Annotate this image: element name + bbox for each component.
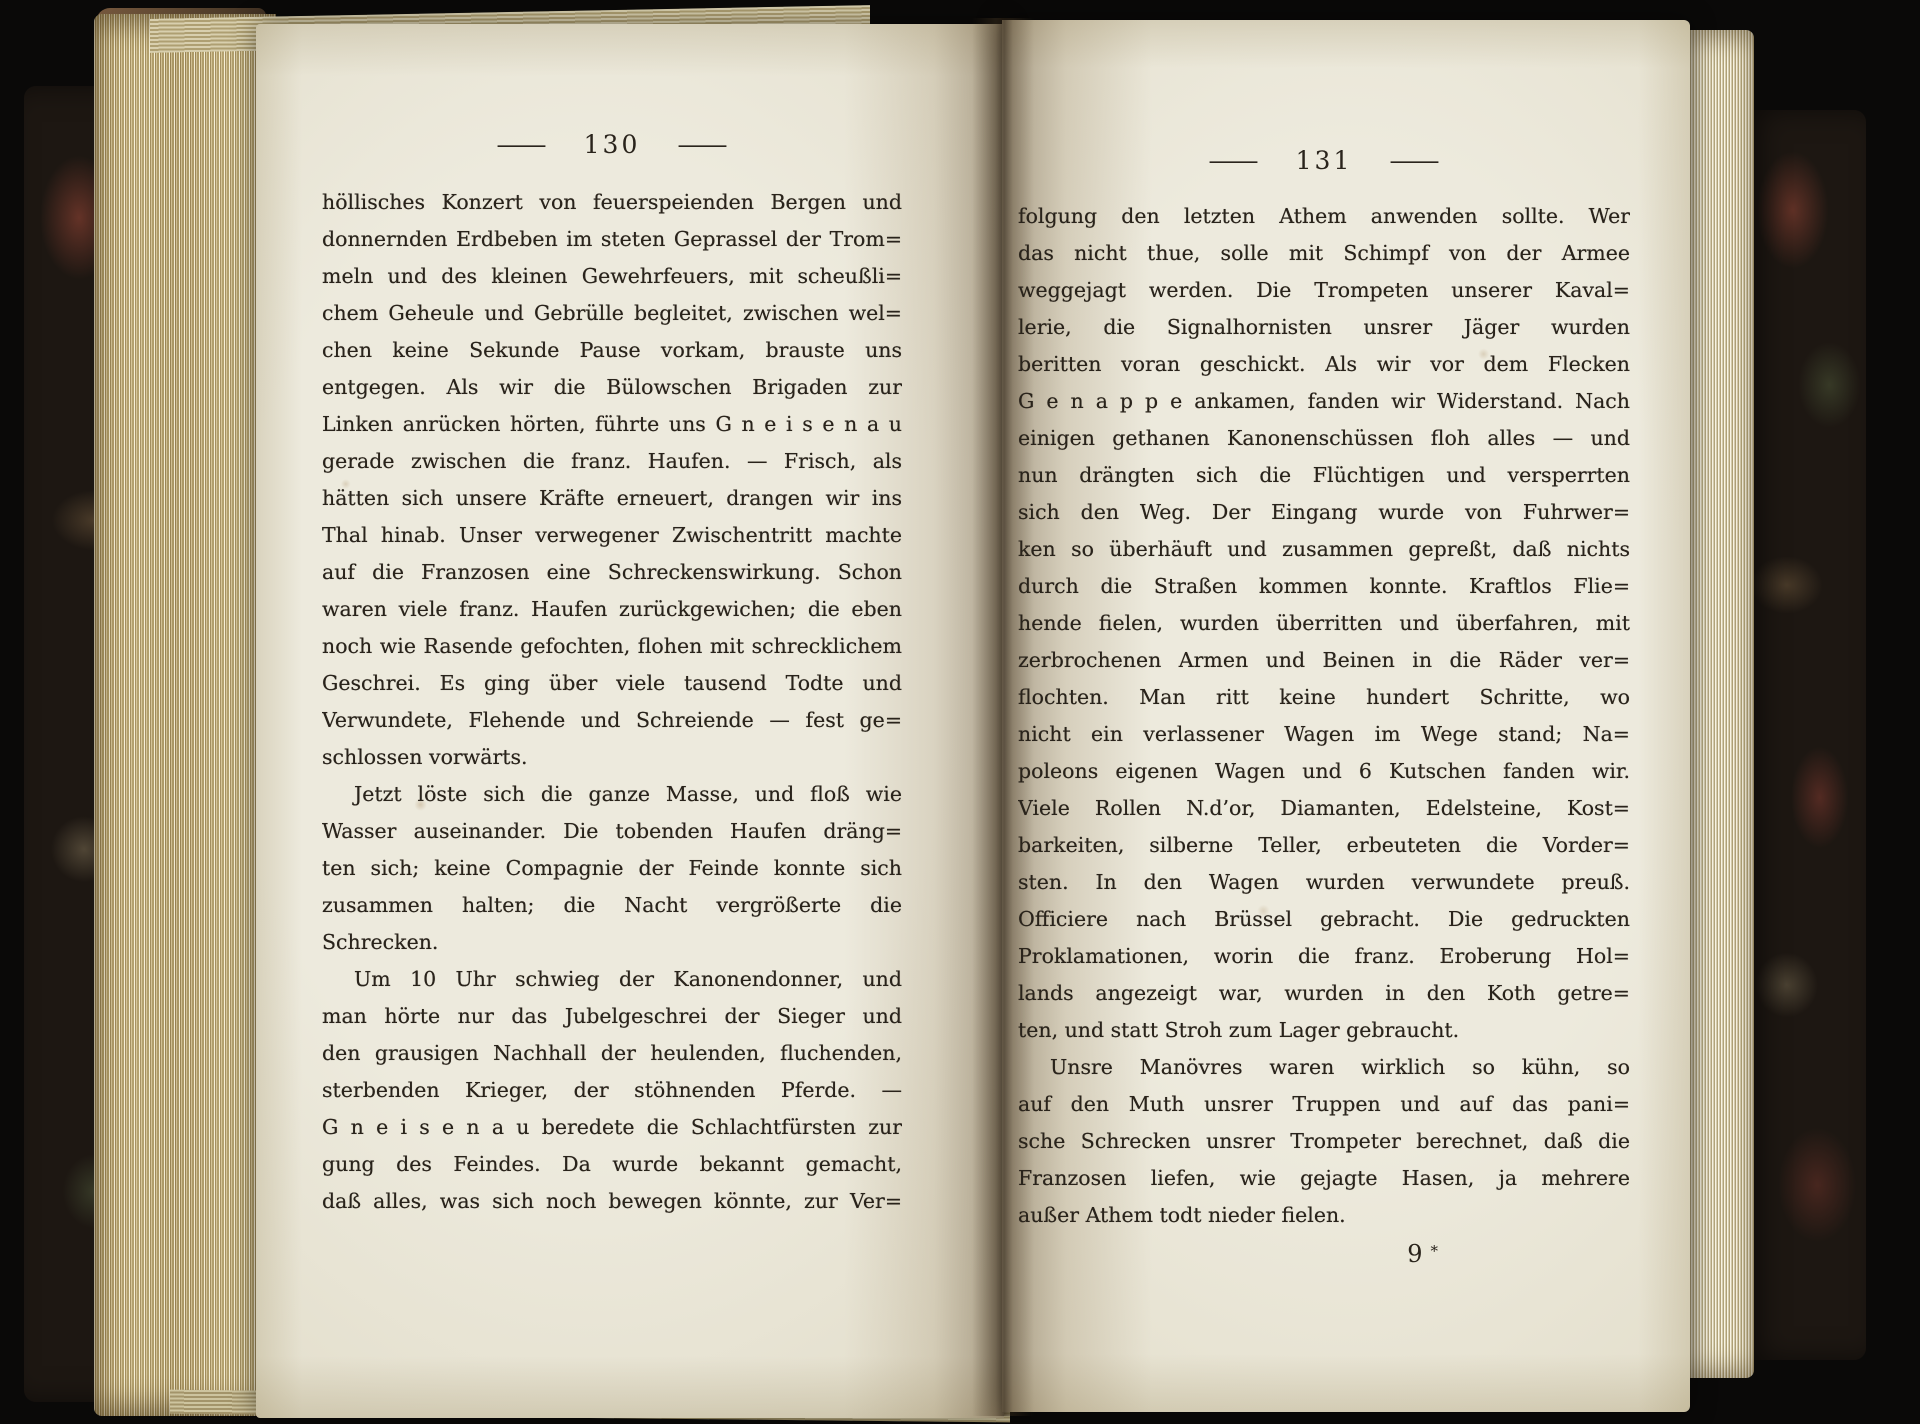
text-line: daß alles, was sich noch bewegen könnte,… <box>322 1183 902 1220</box>
header-dash: — <box>1207 146 1260 175</box>
text-line: Proklamationen, worin die franz. Eroberu… <box>1018 938 1630 975</box>
text-line: Verwundete, Flehende und Schreiende — fe… <box>322 702 902 739</box>
text-line: G e n a p p e ankamen, fanden wir Widers… <box>1018 383 1630 420</box>
text-line: man hörte nur das Jubelgeschrei der Sieg… <box>322 998 902 1035</box>
open-book-photo: — 130 — höllisches Konzert von feuerspei… <box>0 0 1920 1424</box>
left-page-header: — 130 — <box>322 130 902 159</box>
text-line: noch wie Rasende gefochten, flohen mit s… <box>322 628 902 665</box>
text-line: Wasser auseinander. Die tobenden Haufen … <box>322 813 902 850</box>
header-dash: — <box>1389 146 1442 175</box>
text-line: Unsre Manövres waren wirklich so kühn, s… <box>1018 1049 1630 1086</box>
signature-mark: 9* <box>1018 1240 1630 1268</box>
text-line: Officiere nach Brüssel gebracht. Die ged… <box>1018 901 1630 938</box>
text-line: hende fielen, wurden überritten und über… <box>1018 605 1630 642</box>
text-line: nicht ein verlassener Wagen im Wege stan… <box>1018 716 1630 753</box>
text-line: zusammen halten; die Nacht vergrößerte d… <box>322 887 902 924</box>
text-line: schlossen vorwärts. <box>322 739 902 776</box>
text-line: gung des Feindes. Da wurde bekannt gemac… <box>322 1146 902 1183</box>
text-line: folgung den letzten Athem anwenden sollt… <box>1018 198 1630 235</box>
text-line: Um 10 Uhr schwieg der Kanonendonner, und <box>322 961 902 998</box>
left-page-text-block: höllisches Konzert von feuerspeienden Be… <box>322 184 902 1220</box>
text-line: Viele Rollen N.d’or, Diamanten, Edelstei… <box>1018 790 1630 827</box>
text-line: nun drängten sich die Flüchtigen und ver… <box>1018 457 1630 494</box>
text-line: ten sich; keine Compagnie der Feinde kon… <box>322 850 902 887</box>
text-line: Schrecken. <box>322 924 902 961</box>
text-line: meln und des kleinen Gewehrfeuers, mit s… <box>322 258 902 295</box>
right-fore-edge-page-stack <box>1688 30 1754 1378</box>
text-line: barkeiten, silberne Teller, erbeuteten d… <box>1018 827 1630 864</box>
text-line: Geschrei. Es ging über viele tausend Tod… <box>322 665 902 702</box>
right-page-header: — 131 — <box>1018 146 1630 175</box>
text-line: höllisches Konzert von feuerspeienden Be… <box>322 184 902 221</box>
text-line: chem Geheule und Gebrülle begleitet, zwi… <box>322 295 902 332</box>
text-line: ten, und statt Stroh zum Lager gebraucht… <box>1018 1012 1630 1049</box>
text-line: beritten voran geschickt. Als wir vor de… <box>1018 346 1630 383</box>
header-dash: — <box>677 130 730 159</box>
text-line: sterbenden Krieger, der stöhnenden Pferd… <box>322 1072 902 1109</box>
text-line: Jetzt löste sich die ganze Masse, und fl… <box>322 776 902 813</box>
text-line: Linken anrücken hörten, führte uns G n e… <box>322 406 902 443</box>
text-line: Franzosen liefen, wie gejagte Hasen, ja … <box>1018 1160 1630 1197</box>
text-line: hätten sich unsere Kräfte erneuert, dran… <box>322 480 902 517</box>
text-line: auf den Muth unsrer Truppen und auf das … <box>1018 1086 1630 1123</box>
text-line: sche Schrecken unsrer Trompeter berechne… <box>1018 1123 1630 1160</box>
left-page-number: 130 <box>584 130 641 159</box>
text-line: lerie, die Signalhornisten unsrer Jäger … <box>1018 309 1630 346</box>
left-fore-edge-page-stack <box>94 14 276 1416</box>
signature-star: * <box>1431 1242 1439 1260</box>
text-line: das nicht thue, solle mit Schimpf von de… <box>1018 235 1630 272</box>
right-page-text-block: folgung den letzten Athem anwenden sollt… <box>1018 198 1630 1234</box>
text-line: chen keine Sekunde Pause vorkam, brauste… <box>322 332 902 369</box>
text-line: G n e i s e n a u beredete die Schlachtf… <box>322 1109 902 1146</box>
signature-number: 9 <box>1407 1240 1422 1268</box>
text-line: donnernden Erdbeben im steten Geprassel … <box>322 221 902 258</box>
text-line: entgegen. Als wir die Bülowschen Brigade… <box>322 369 902 406</box>
text-line: außer Athem todt nieder fielen. <box>1018 1197 1630 1234</box>
text-line: sich den Weg. Der Eingang wurde von Fuhr… <box>1018 494 1630 531</box>
text-line: sten. In den Wagen wurden verwundete pre… <box>1018 864 1630 901</box>
text-line: durch die Straßen kommen konnte. Kraftlo… <box>1018 568 1630 605</box>
text-line: ken so überhäuft und zusammen gepreßt, d… <box>1018 531 1630 568</box>
text-line: auf die Franzosen eine Schreckenswirkung… <box>322 554 902 591</box>
text-line: weggejagt werden. Die Trompeten unserer … <box>1018 272 1630 309</box>
text-line: Thal hinab. Unser verwegener Zwischentri… <box>322 517 902 554</box>
text-line: einigen gethanen Kanonenschüssen floh al… <box>1018 420 1630 457</box>
text-line: waren viele franz. Haufen zurückgewichen… <box>322 591 902 628</box>
text-line: lands angezeigt war, wurden in den Koth … <box>1018 975 1630 1012</box>
header-dash: — <box>495 130 548 159</box>
text-line: zerbrochenen Armen und Beinen in die Räd… <box>1018 642 1630 679</box>
text-line: gerade zwischen die franz. Haufen. — Fri… <box>322 443 902 480</box>
text-line: flochten. Man ritt keine hundert Schritt… <box>1018 679 1630 716</box>
text-line: den grausigen Nachhall der heulenden, fl… <box>322 1035 902 1072</box>
text-line: poleons eigenen Wagen und 6 Kutschen fan… <box>1018 753 1630 790</box>
right-page-number: 131 <box>1296 146 1353 175</box>
right-marbled-cover <box>1744 110 1866 1360</box>
